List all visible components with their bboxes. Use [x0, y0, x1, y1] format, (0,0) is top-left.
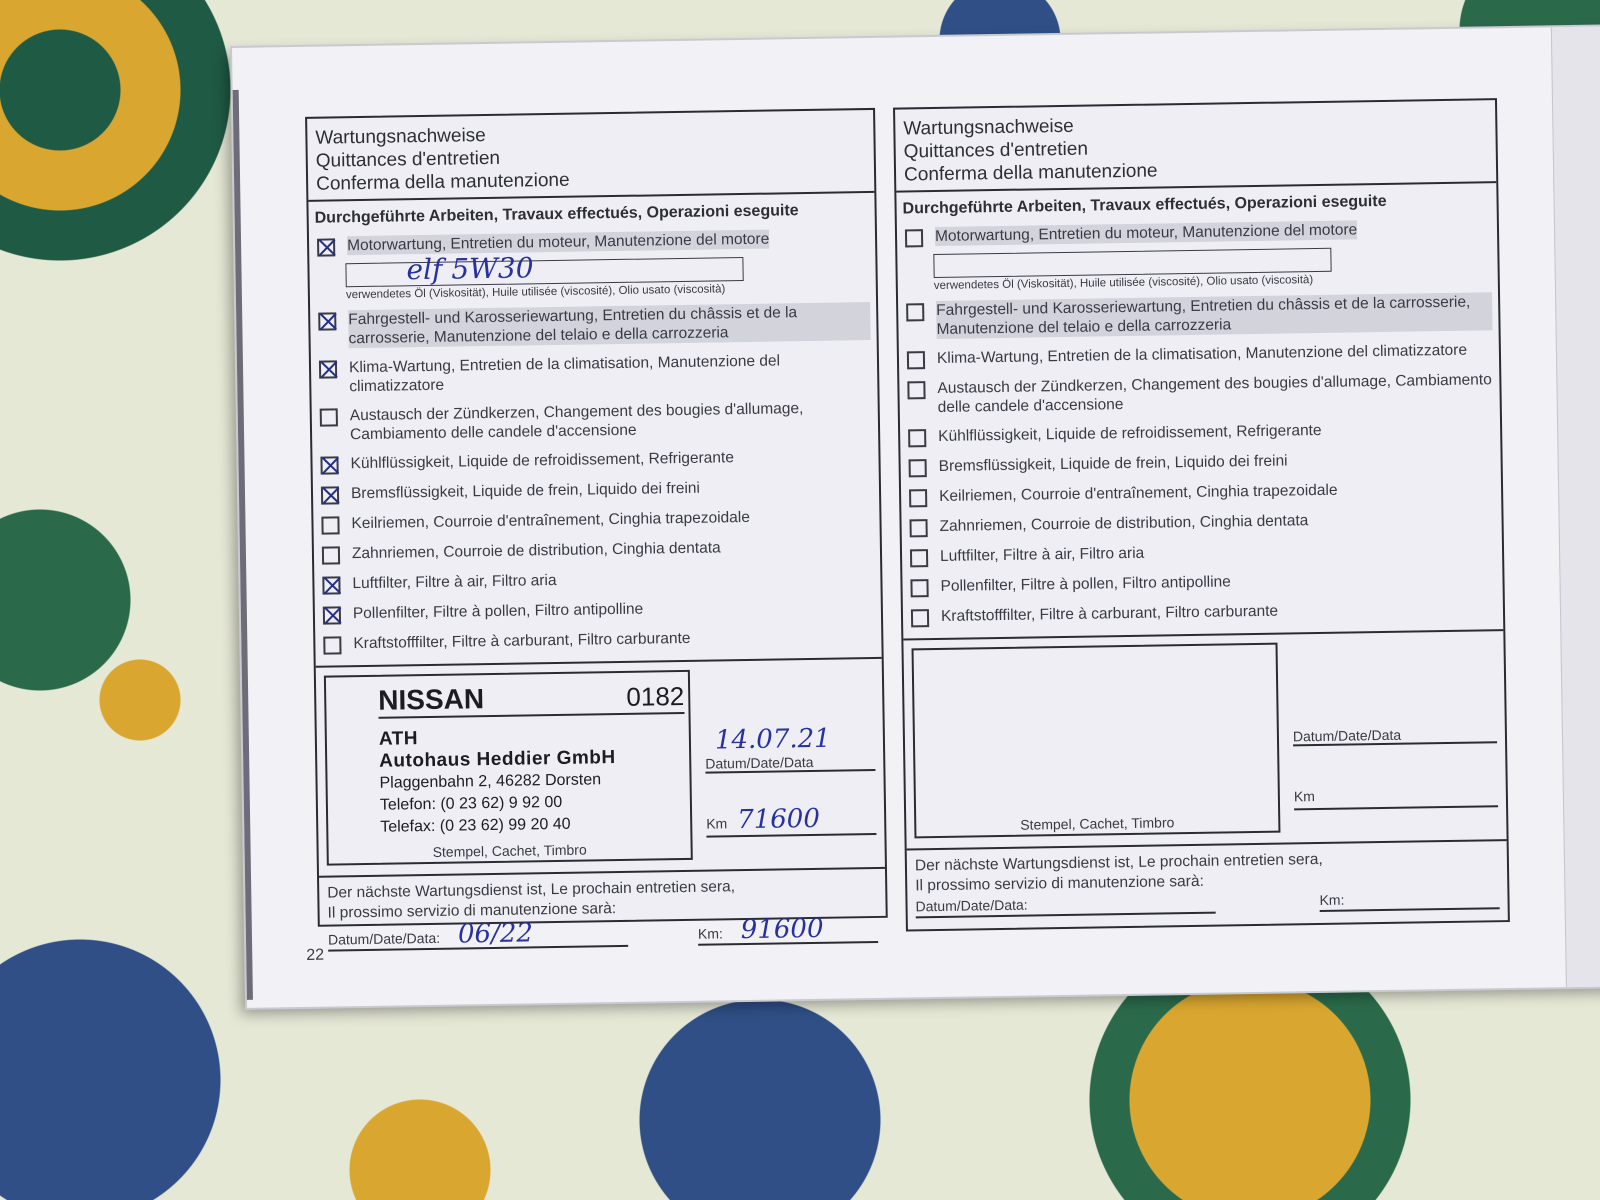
service-fields: 14.07.21Datum/Date/DataKm71600 [690, 667, 877, 862]
stamp-line: Telefax: (0 23 62) 99 20 40 [380, 813, 617, 839]
next-km-value: 91600 [741, 916, 824, 943]
checkbox[interactable] [320, 408, 338, 426]
next-km-field[interactable]: Km:91600 [698, 915, 878, 946]
checkbox[interactable] [909, 459, 927, 477]
checkbox[interactable] [318, 312, 336, 330]
maintenance-record-right: WartungsnachweiseQuittances d'entretienC… [893, 98, 1510, 931]
next-date-label: Datum/Date/Data: [328, 928, 440, 950]
next-service-section: Der nächste Wartungsdienst ist, Le proch… [319, 867, 886, 960]
service-date-label: Datum/Date/Data [1293, 725, 1497, 744]
oil-field[interactable] [933, 248, 1331, 278]
checklist-item-label: Kraftstofffilter, Filtre à carburant, Fi… [353, 629, 690, 653]
checkbox[interactable] [911, 609, 929, 627]
checklist-item-label: Pollenfilter, Filtre à pollen, Filtro an… [353, 600, 644, 624]
checkbox[interactable] [317, 238, 335, 256]
stamp-brand: NISSAN [378, 683, 484, 717]
next-date-field[interactable]: Datum/Date/Data:06/22 [328, 919, 628, 952]
checklist-item-label: Austausch der Zündkerzen, Changement des… [937, 370, 1494, 417]
checklist-item-label: Luftfilter, Filtre à air, Filtro aria [352, 571, 556, 593]
checkbox[interactable] [908, 429, 926, 447]
checkbox[interactable] [323, 606, 341, 624]
next-date-value: 06/22 [458, 920, 533, 947]
checkbox[interactable] [322, 576, 340, 594]
checklist-item[interactable]: Klima-Wartung, Entretien de la climatisa… [317, 345, 872, 402]
oil-field[interactable]: elf 5W30 [345, 257, 743, 287]
oil-value-handwritten: elf 5W30 [406, 251, 534, 286]
stamp-caption: Stempel, Cachet, Timbro [329, 840, 691, 862]
next-km-field[interactable]: Km: [1319, 887, 1499, 912]
checklist-item-label: Luftfilter, Filtre à air, Filtro aria [940, 544, 1144, 566]
service-km-field[interactable]: Km71600 [706, 803, 876, 838]
dealer-stamp-box: Stempel, Cachet, Timbro [912, 643, 1281, 839]
checklist-item-label: Motorwartung, Entretien du moteur, Manut… [935, 220, 1357, 246]
service-km-label: Km [706, 815, 727, 831]
service-km-field[interactable]: Km [1294, 775, 1498, 810]
checkbox[interactable] [907, 381, 925, 399]
stamp-caption: Stempel, Cachet, Timbro [916, 813, 1278, 835]
checkbox[interactable] [321, 516, 339, 534]
checklist-item[interactable]: Motorwartung, Entretien du moteur, Manut… [315, 223, 869, 262]
checkbox[interactable] [905, 229, 923, 247]
service-km-value: 71600 [737, 804, 820, 835]
form-header: WartungsnachweiseQuittances d'entretienC… [895, 100, 1496, 192]
next-page-edge [1551, 26, 1600, 987]
checklist-item[interactable]: Austausch der Zündkerzen, Changement des… [318, 393, 873, 450]
stamp-code: 0182 [626, 681, 684, 713]
checklist-item-label: Keilriemen, Courroie d'entraînement, Cin… [939, 481, 1338, 506]
checklist-item-label: Motorwartung, Entretien du moteur, Manut… [347, 230, 769, 256]
service-date-label: Datum/Date/Data [705, 753, 875, 772]
checklist-item-label: Bremsflüssigkeit, Liquide de frein, Liqu… [939, 451, 1288, 475]
service-booklet: WartungsnachweiseQuittances d'entretienC… [232, 26, 1600, 1008]
checkbox[interactable] [909, 489, 927, 507]
checkbox[interactable] [320, 456, 338, 474]
checkbox[interactable] [323, 636, 341, 654]
service-date-field[interactable]: Datum/Date/Data [1292, 695, 1497, 746]
service-date-field[interactable]: 14.07.21Datum/Date/Data [705, 723, 876, 774]
next-date-label: Datum/Date/Data: [915, 895, 1027, 917]
checklist-item-label: Keilriemen, Courroie d'entraînement, Cin… [351, 508, 750, 533]
checklist-item-label: Klima-Wartung, Entretien de la climatisa… [937, 341, 1467, 368]
stamp-line: Plaggenbahn 2, 46282 Dorsten [379, 769, 616, 795]
checklist-item-label: Zahnriemen, Courroie de distribution, Ci… [939, 511, 1308, 536]
next-service-section: Der nächste Wartungsdienst ist, Le proch… [907, 839, 1508, 932]
form-header: WartungsnachweiseQuittances d'entretienC… [307, 110, 874, 202]
checkbox[interactable] [319, 360, 337, 378]
stamp-brand-row: NISSAN0182 [378, 680, 684, 719]
checklist-item-label: Fahrgestell- und Karosseriewartung, Entr… [936, 292, 1493, 339]
checklist-item-label: Pollenfilter, Filtre à pollen, Filtro an… [940, 572, 1231, 596]
checkbox[interactable] [906, 303, 924, 321]
checkbox[interactable] [907, 351, 925, 369]
checklist-item-label: Kühlflüssigkeit, Liquide de refroidissem… [350, 448, 734, 473]
service-date-value: 14.07.21 [715, 724, 831, 756]
service-km-label: Km [1294, 788, 1315, 804]
checklist-item-label: Bremsflüssigkeit, Liquide de frein, Liqu… [351, 479, 700, 503]
next-km-label: Km: [698, 923, 723, 943]
checklist-item-label: Kraftstofffilter, Filtre à carburant, Fi… [941, 602, 1278, 626]
maintenance-record-left: WartungsnachweiseQuittances d'entretienC… [305, 108, 888, 927]
checklist-item-label: Fahrgestell- und Karosseriewartung, Entr… [348, 302, 871, 348]
stamp-row: NISSAN0182ATHAutohaus Heddier GmbHPlagge… [316, 659, 885, 876]
checklist-item-label: Austausch der Zündkerzen, Changement des… [350, 398, 873, 444]
page-number: 22 [306, 947, 324, 965]
next-km-label: Km: [1319, 890, 1344, 910]
checklist-item-label: Klima-Wartung, Entretien de la climatisa… [349, 350, 872, 396]
next-date-field[interactable]: Datum/Date/Data: [915, 892, 1215, 919]
stamp-address: ATHAutohaus Heddier GmbHPlaggenbahn 2, 4… [379, 725, 617, 839]
checklist-item-label: Zahnriemen, Courroie de distribution, Ci… [352, 538, 721, 563]
stamp-row: Stempel, Cachet, TimbroDatum/Date/DataKm [903, 631, 1506, 848]
checklist-item[interactable]: Fahrgestell- und Karosseriewartung, Entr… [316, 297, 871, 354]
checkbox[interactable] [321, 486, 339, 504]
checkbox[interactable] [910, 579, 928, 597]
checkbox[interactable] [909, 519, 927, 537]
checklist-item[interactable]: Motorwartung, Entretien du moteur, Manut… [903, 213, 1491, 252]
dealer-stamp-box: NISSAN0182ATHAutohaus Heddier GmbHPlagge… [324, 670, 693, 866]
service-fields: Datum/Date/DataKm [1277, 639, 1498, 834]
checklist-item-label: Kühlflüssigkeit, Liquide de refroidissem… [938, 421, 1322, 446]
checkbox[interactable] [322, 546, 340, 564]
checkbox[interactable] [910, 549, 928, 567]
